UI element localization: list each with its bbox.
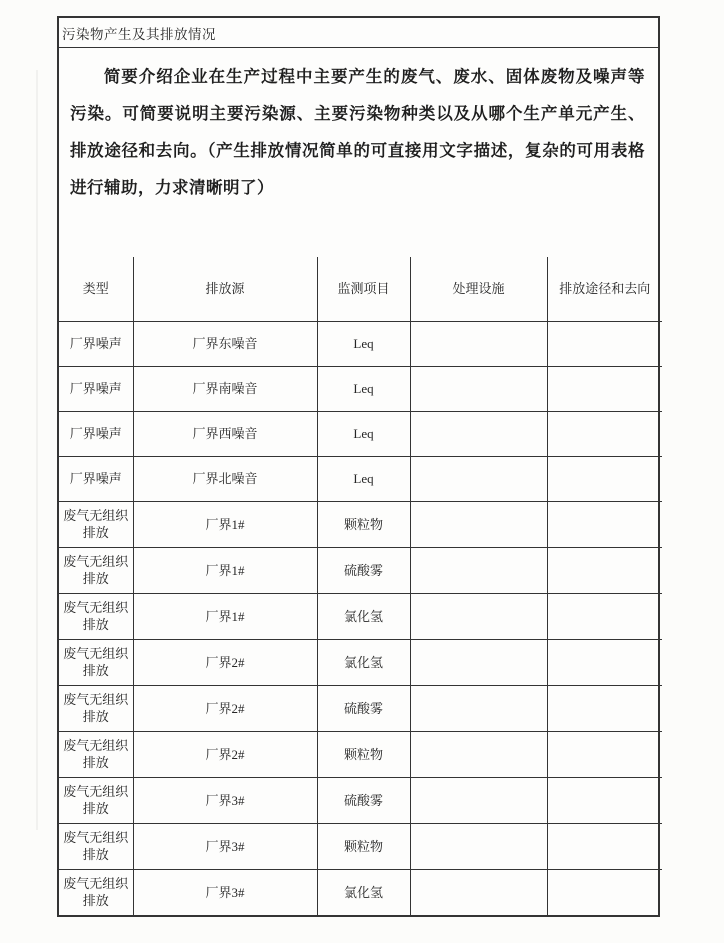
cell-facility <box>410 823 547 869</box>
table-row: 废气无组织排放 厂界1# 硫酸雾 <box>59 547 662 593</box>
table-row: 废气无组织排放 厂界3# 硫酸雾 <box>59 777 662 823</box>
description-paragraph: 简要介绍企业在生产过程中主要产生的废气、废水、固体废物及噪声等污染。可简要说明主… <box>70 59 645 207</box>
cell-facility <box>410 411 547 456</box>
table-row: 废气无组织排放 厂界1# 氯化氢 <box>59 593 662 639</box>
cell-type: 废气无组织排放 <box>59 869 133 915</box>
table-header-row: 类型 排放源 监测项目 处理设施 排放途径和去向 <box>59 257 662 321</box>
header-facility: 处理设施 <box>410 257 547 321</box>
cell-source: 厂界3# <box>133 869 317 915</box>
cell-item: 颗粒物 <box>317 823 410 869</box>
cell-source: 厂界南噪音 <box>133 366 317 411</box>
cell-source: 厂界西噪音 <box>133 411 317 456</box>
cell-facility <box>410 869 547 915</box>
table-row: 厂界噪声 厂界北噪音 Leq <box>59 456 662 501</box>
header-monitor-item: 监测项目 <box>317 257 410 321</box>
cell-destination <box>547 685 662 731</box>
description-block: 简要介绍企业在生产过程中主要产生的废气、废水、固体废物及噪声等污染。可简要说明主… <box>59 48 658 257</box>
cell-destination <box>547 593 662 639</box>
cell-source: 厂界1# <box>133 593 317 639</box>
cell-type: 废气无组织排放 <box>59 547 133 593</box>
cell-source: 厂界1# <box>133 501 317 547</box>
table-row: 厂界噪声 厂界东噪音 Leq <box>59 321 662 366</box>
cell-type: 废气无组织排放 <box>59 823 133 869</box>
document-sheet: 污染物产生及其排放情况 简要介绍企业在生产过程中主要产生的废气、废水、固体废物及… <box>57 16 660 917</box>
cell-type: 废气无组织排放 <box>59 639 133 685</box>
cell-type: 废气无组织排放 <box>59 593 133 639</box>
cell-item: 氯化氢 <box>317 593 410 639</box>
cell-item: Leq <box>317 456 410 501</box>
cell-facility <box>410 501 547 547</box>
cell-source: 厂界3# <box>133 777 317 823</box>
cell-destination <box>547 777 662 823</box>
cell-item: 硫酸雾 <box>317 777 410 823</box>
table-header: 类型 排放源 监测项目 处理设施 排放途径和去向 <box>59 257 662 321</box>
cell-type: 厂界噪声 <box>59 366 133 411</box>
cell-item: 氯化氢 <box>317 869 410 915</box>
table-row: 厂界噪声 厂界西噪音 Leq <box>59 411 662 456</box>
scan-artifact-streak <box>36 70 38 830</box>
cell-source: 厂界1# <box>133 547 317 593</box>
cell-facility <box>410 685 547 731</box>
section-title: 污染物产生及其排放情况 <box>62 23 216 43</box>
table-row: 厂界噪声 厂界南噪音 Leq <box>59 366 662 411</box>
cell-facility <box>410 593 547 639</box>
table-row: 废气无组织排放 厂界2# 硫酸雾 <box>59 685 662 731</box>
cell-destination <box>547 731 662 777</box>
cell-facility <box>410 731 547 777</box>
cell-type: 厂界噪声 <box>59 411 133 456</box>
cell-type: 厂界噪声 <box>59 456 133 501</box>
cell-destination <box>547 501 662 547</box>
header-type: 类型 <box>59 257 133 321</box>
cell-source: 厂界2# <box>133 685 317 731</box>
cell-item: 颗粒物 <box>317 731 410 777</box>
cell-source: 厂界东噪音 <box>133 321 317 366</box>
cell-destination <box>547 321 662 366</box>
cell-source: 厂界2# <box>133 639 317 685</box>
cell-item: Leq <box>317 411 410 456</box>
table-row: 废气无组织排放 厂界3# 颗粒物 <box>59 823 662 869</box>
table-row: 废气无组织排放 厂界3# 氯化氢 <box>59 869 662 915</box>
cell-facility <box>410 456 547 501</box>
header-source: 排放源 <box>133 257 317 321</box>
table-row: 废气无组织排放 厂界2# 氯化氢 <box>59 639 662 685</box>
cell-destination <box>547 823 662 869</box>
cell-destination <box>547 547 662 593</box>
cell-item: 颗粒物 <box>317 501 410 547</box>
cell-type: 废气无组织排放 <box>59 777 133 823</box>
pollution-emission-table: 类型 排放源 监测项目 处理设施 排放途径和去向 厂界噪声 厂界东噪音 Leq … <box>59 257 662 915</box>
table-row: 废气无组织排放 厂界1# 颗粒物 <box>59 501 662 547</box>
table-body: 厂界噪声 厂界东噪音 Leq 厂界噪声 厂界南噪音 Leq 厂界噪声 厂界西噪音… <box>59 321 662 915</box>
cell-item: 硫酸雾 <box>317 547 410 593</box>
cell-facility <box>410 366 547 411</box>
section-title-row: 污染物产生及其排放情况 <box>59 18 658 48</box>
cell-type: 废气无组织排放 <box>59 685 133 731</box>
cell-item: Leq <box>317 366 410 411</box>
cell-type: 废气无组织排放 <box>59 731 133 777</box>
table-row: 废气无组织排放 厂界2# 颗粒物 <box>59 731 662 777</box>
cell-facility <box>410 547 547 593</box>
cell-facility <box>410 321 547 366</box>
header-destination: 排放途径和去向 <box>547 257 662 321</box>
cell-facility <box>410 777 547 823</box>
cell-destination <box>547 639 662 685</box>
cell-source: 厂界北噪音 <box>133 456 317 501</box>
cell-type: 厂界噪声 <box>59 321 133 366</box>
cell-item: 硫酸雾 <box>317 685 410 731</box>
cell-source: 厂界2# <box>133 731 317 777</box>
cell-item: 氯化氢 <box>317 639 410 685</box>
cell-facility <box>410 639 547 685</box>
cell-destination <box>547 456 662 501</box>
cell-destination <box>547 366 662 411</box>
cell-destination <box>547 869 662 915</box>
cell-item: Leq <box>317 321 410 366</box>
cell-source: 厂界3# <box>133 823 317 869</box>
cell-type: 废气无组织排放 <box>59 501 133 547</box>
cell-destination <box>547 411 662 456</box>
